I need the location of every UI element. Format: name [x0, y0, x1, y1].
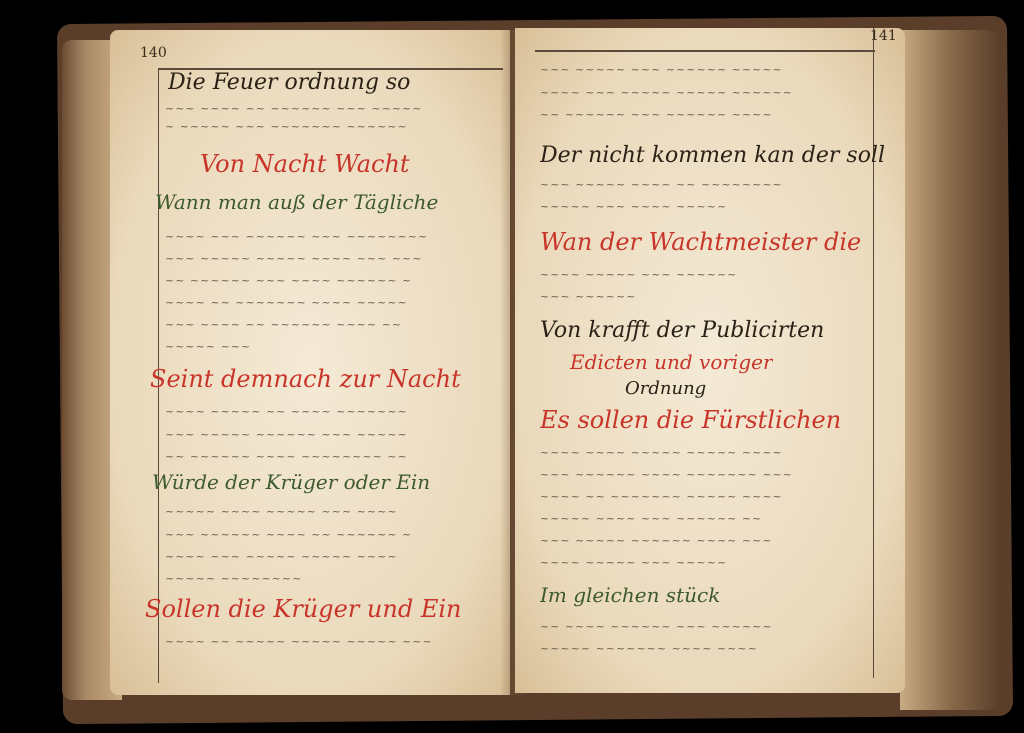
text-line: ~~ ~~~~ ~~~~~~ ~~~ ~~~~~~ — [540, 620, 773, 633]
text-line: ~~~ ~~~~~ ~~~~~~ ~~~~ ~~~ — [540, 534, 773, 547]
text-line: ~~~ ~~~~~ ~~~~ ~~ ~~~~~~~~ — [540, 178, 783, 191]
text-line: ~~ ~~~~~~ ~~~ ~~~~ ~~~~~~ ~ — [165, 274, 412, 287]
page-number-right: 141 — [870, 28, 897, 44]
heading: Wann man auß der Tägliche — [155, 190, 438, 214]
text-line: ~~~~ ~~~~~ ~~~ ~~~~~~ — [540, 268, 737, 281]
text-line: ~~~~ ~~~~~ ~~ ~~~~ ~~~~~~~ — [165, 405, 408, 418]
text-line: ~~~~~ ~~~~ ~~~~~ ~~~ ~~~~ — [165, 505, 398, 518]
right-page: 141 ~~~ ~~~~~ ~~~ ~~~~~~ ~~~~~ ~~~~ ~~~ … — [515, 28, 905, 693]
text-line: ~~~~~ ~~~~ ~~~ ~~~~~~ ~~ — [540, 512, 762, 525]
page-number-left: 140 — [140, 45, 167, 61]
heading: Im gleichen stück — [540, 583, 720, 607]
heading: Es sollen die Fürstlichen — [540, 406, 841, 434]
text-line: ~~~ ~~~~~~ ~~~~ ~~ ~~~~~~ ~ — [165, 528, 412, 541]
text-line: ~~~~ ~~~ ~~~~~ ~~~~~ ~~~~ — [165, 550, 398, 563]
text-line: ~~ ~~~~~~ ~~~ ~~~~~~ ~~~~ — [540, 108, 773, 121]
text-line: ~~~~ ~~~ ~~~~~ ~~~~~ ~~~~~~ — [540, 86, 793, 99]
text-line: ~~~~~ ~~~~~~~~ — [165, 572, 302, 585]
text-line: ~~~~ ~~ ~~~~~~~ ~~~~~ ~~~~ — [540, 490, 783, 503]
text-line: ~~ ~~~~~~ ~~~~ ~~~~~~~~ ~~ — [165, 450, 408, 463]
text-line: ~~~~~ ~~~ — [165, 340, 251, 353]
text-line: ~ ~~~~~ ~~~ ~~~~~~~ ~~~~~~ — [165, 120, 408, 133]
text-line: ~~~ ~~~~ ~~ ~~~~~~ ~~~ ~~~~~ — [165, 102, 422, 115]
heading: Der nicht kommen kan der soll — [540, 143, 885, 168]
text-line: ~~~~ ~~~~~ ~~~ ~~~~~ — [540, 556, 727, 569]
header-rule — [535, 50, 875, 52]
text-line: ~~~ ~~~~~~ ~~~~ ~~~~~~~ ~~~ — [540, 468, 793, 481]
text-line: ~~~~ ~~ ~~~~~~~ ~~~~ ~~~~~ — [165, 296, 408, 309]
text-line: ~~~ ~~~~~ ~~~~~~ ~~~ ~~~~~ — [165, 428, 408, 441]
heading: Von Nacht Wacht — [200, 150, 410, 178]
text-line: ~~~~ ~~~~ ~~~~~ ~~~~~ ~~~~ — [540, 446, 783, 459]
text-line: ~~~~ ~~ ~~~~~ ~~~~~ ~~~~~ ~~~ — [165, 635, 433, 648]
heading: Wan der Wachtmeister die — [540, 228, 861, 256]
heading: Seint demnach zur Nacht — [150, 365, 461, 393]
heading: Sollen die Krüger und Ein — [145, 595, 462, 623]
heading: Die Feuer ordnung so — [168, 70, 410, 95]
text-line: ~~~~~ ~~~~~~~ ~~~~ ~~~~ — [540, 642, 758, 655]
text-line: ~~~~~ ~~~ ~~~~ ~~~~~ — [540, 200, 727, 213]
heading: Ordnung — [625, 378, 706, 399]
text-line: ~~~ ~~~~~ ~~~~~ ~~~~ ~~~ ~~~ — [165, 252, 422, 265]
book-edge-right — [900, 30, 1000, 710]
text-line: ~~~ ~~~~ ~~ ~~~~~~ ~~~~ ~~ — [165, 318, 402, 331]
margin-rule — [873, 28, 874, 678]
text-line: ~~~ ~~~~~~ — [540, 290, 636, 303]
left-page: 140 Die Feuer ordnung so ~~~ ~~~~ ~~ ~~~… — [110, 30, 510, 695]
text-line: ~~~ ~~~~~ ~~~ ~~~~~~ ~~~~~ — [540, 63, 783, 76]
heading: Von krafft der Publicirten — [540, 318, 824, 343]
heading: Edicten und voriger — [570, 350, 773, 374]
heading: Würde der Krüger oder Ein — [152, 470, 430, 494]
text-line: ~~~~ ~~~ ~~~~~~ ~~~ ~~~~~~~~ — [165, 230, 428, 243]
